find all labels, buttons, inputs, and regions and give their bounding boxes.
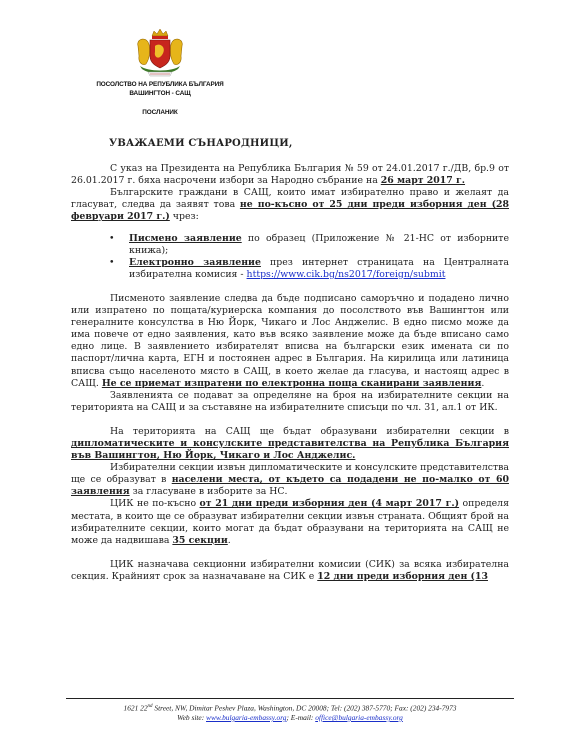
diplomatic-missions: дипломатическите и консулските представи…	[71, 438, 509, 461]
greeting: УВАЖАЕМИ СЪНАРОДНИЦИ,	[109, 138, 509, 150]
coat-of-arms-icon	[132, 28, 188, 78]
paragraph-decree: С указ на Президента на Република Българ…	[71, 163, 509, 187]
paragraph-sections: На територията на САЩ ще бъдат образуван…	[71, 426, 509, 462]
cik-deadline-date: от 21 дни преди изборния ден (4 март 201…	[200, 498, 460, 509]
email-link[interactable]: office@bulgaria-embassy.org	[315, 713, 403, 722]
embassy-name: ПОСОЛСТВО НА РЕПУБЛИКА БЪЛГАРИЯ	[60, 80, 260, 89]
paragraph-deadline: Българските граждани в САЩ, които имат и…	[71, 187, 509, 223]
election-date: 26 март 2017 г.	[381, 175, 465, 186]
paragraph-written-application: Писменото заявление следва да бъде подпи…	[71, 293, 509, 390]
website-link[interactable]: www.bulgaria-embassy.org	[206, 713, 286, 722]
paragraph-cik-deadline: ЦИК не по-късно от 21 дни преди изборния…	[71, 498, 509, 546]
sik-deadline: 12 дни преди изборния ден (13	[317, 571, 488, 582]
scanned-not-accepted: Не се приемат изпратени по електронна по…	[102, 378, 482, 389]
paragraph-outside-sections: Избирателни секции извън дипломатическит…	[71, 462, 509, 498]
list-item: Електронно заявление през интернет стран…	[129, 257, 509, 281]
footer-address: 1621 22nd Street, NW, Dimitar Peshev Pla…	[66, 702, 514, 713]
paragraph-purpose: Заявленията се подават за определяне на …	[71, 390, 509, 414]
application-methods-list: Писмено заявление по образец (Приложение…	[71, 233, 509, 281]
document-page: ПОСОЛСТВО НА РЕПУБЛИКА БЪЛГАРИЯ ВАШИНГТО…	[0, 0, 580, 745]
ambassador-title: ПОСЛАНИК	[60, 108, 260, 117]
cik-submit-link[interactable]: https://www.cik.bg/ns2017/foreign/submit	[247, 269, 446, 280]
footer-contacts: Web site: www.bulgaria-embassy.org; E-ma…	[66, 713, 514, 723]
letter-body: УВАЖАЕМИ СЪНАРОДНИЦИ, С указ на Президен…	[71, 138, 509, 583]
footer: 1621 22nd Street, NW, Dimitar Peshev Pla…	[66, 698, 514, 722]
embassy-location: ВАШИНГТОН - САЩ	[60, 89, 260, 98]
list-item: Писмено заявление по образец (Приложение…	[129, 233, 509, 257]
letterhead: ПОСОЛСТВО НА РЕПУБЛИКА БЪЛГАРИЯ ВАШИНГТО…	[60, 28, 260, 117]
max-sections: 35 секции	[172, 535, 227, 546]
paragraph-sik: ЦИК назначава секционни избирателни коми…	[71, 559, 509, 583]
